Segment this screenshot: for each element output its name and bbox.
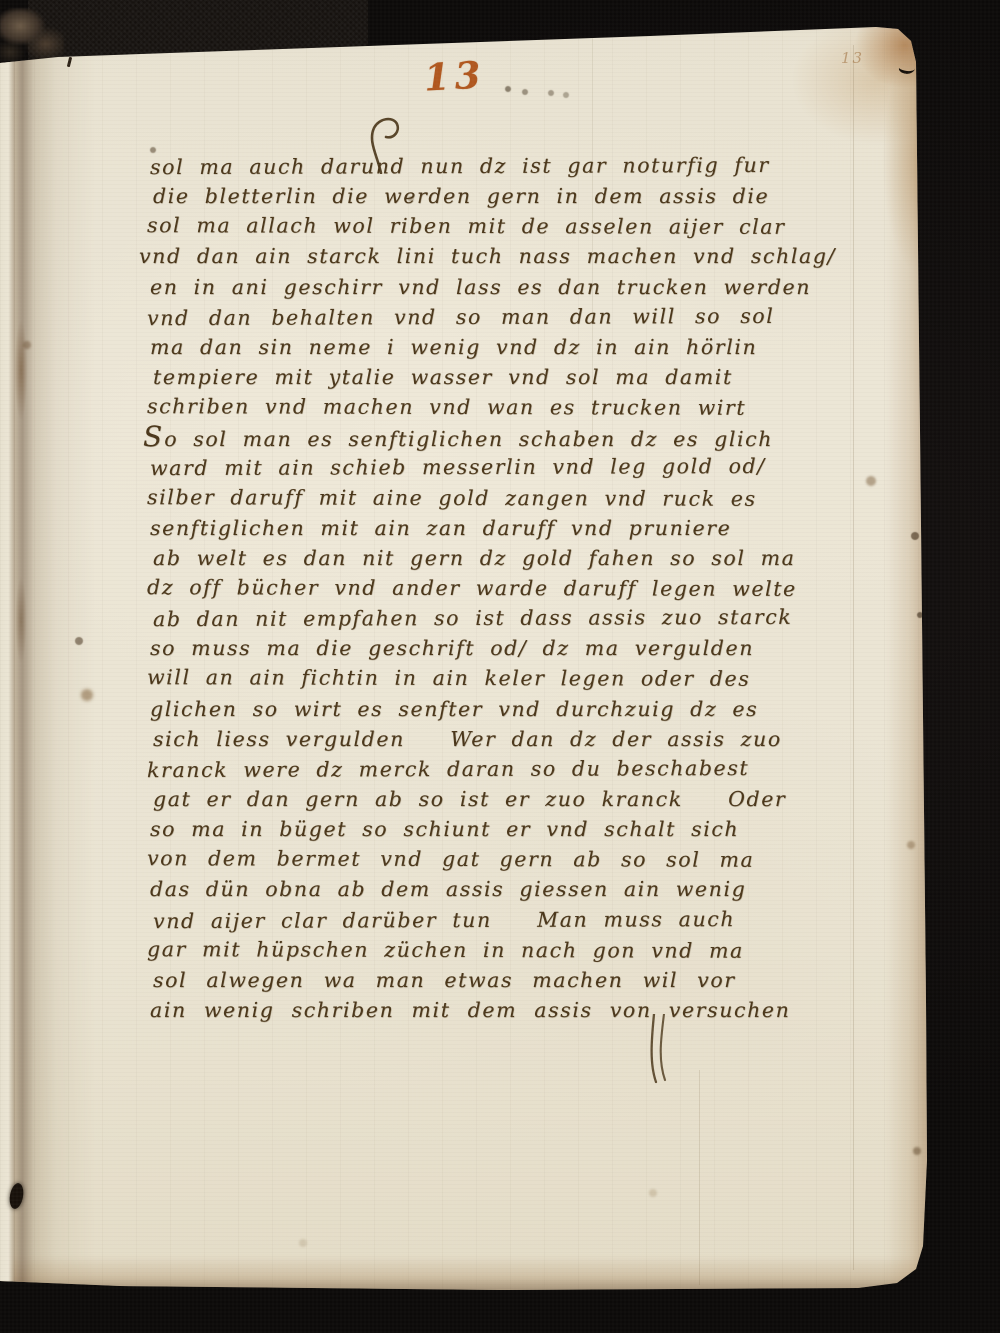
manuscript-line: das dün obna ab dem assis giessen ain we… [150,874,790,904]
manuscript-line: will an ain fichtin in ain keler legen o… [147,663,790,695]
manuscript-line: gar mit hüpschen züchen in nach gon vnd … [147,934,790,966]
right-edge-toning [886,20,930,1290]
manuscript-line: glichen so wirt es senfter vnd durchzuig… [150,694,790,724]
binding-leather-fragment [0,8,64,62]
manuscript-line: ab welt es dan nit gern dz gold fahen so… [153,543,790,573]
paper-crease [699,1070,700,1285]
manuscript-line: en in ani geschirr vnd lass es dan truck… [150,272,790,302]
manuscript-line: vnd aijer clar darüber tun Man muss auch [153,903,790,935]
manuscript-line: von dem bermet vnd gat gern ab so sol ma [147,843,790,875]
manuscript-line: vnd dan ain starck lini tuch nass machen… [139,241,790,271]
manuscript-line: so muss ma die geschrift od/ dz ma vergu… [150,633,790,663]
manuscript-line: dz off bücher vnd ander warde daruff leg… [147,572,790,604]
manuscript-line: gat er dan gern ab so ist er zuo kranck … [153,784,790,814]
manuscript-line: ward mit ain schieb messerlin vnd leg go… [150,451,790,483]
manuscript-page: 13 13 sol ma auch darund nun dz ist gar … [0,0,1000,1333]
manuscript-line: vnd dan behalten vnd so man dan will so … [147,301,790,333]
manuscript-line: sol alwegen wa man etwas machen wil vor [153,965,790,995]
corner-folio-number: 13 [841,51,864,66]
paper-chain-line [853,45,854,1270]
manuscript-line: So sol man es senftiglichen schaben dz e… [143,422,790,452]
manuscript-line: schriben vnd machen vnd wan es trucken w… [147,391,790,423]
manuscript-line: ab dan nit empfahen so ist dass assis zu… [153,602,790,634]
manuscript-line: sol ma auch darund nun dz ist gar noturf… [150,150,790,182]
manuscript-line: sol ma allach wol riben mit de asselen a… [147,210,790,242]
manuscript-line: sich liess vergulden Wer dan dz der assi… [153,724,790,754]
manuscript-line: ain wenig schriben mit dem assis von ver… [150,995,790,1025]
descender-flourish-icon [645,1014,677,1088]
manuscript-line: kranck were dz merck daran so du beschab… [147,753,790,785]
text-block: sol ma auch darund nun dz ist gar noturf… [150,151,790,1025]
manuscript-line: senftiglichen mit ain zan daruff vnd pru… [150,513,790,543]
photo-backdrop: 13 13 sol ma auch darund nun dz ist gar … [0,0,1000,1333]
bottom-edge-toning [0,1256,1000,1294]
manuscript-line: die bletterlin die werden gern in dem as… [153,181,790,211]
folio-number: 13 [423,56,486,96]
manuscript-line: ma dan sin neme i wenig vnd dz in ain hö… [150,332,790,362]
crease-stain [12,300,30,440]
foxing-spots [0,0,6,6]
crease-stain [13,560,29,680]
manuscript-line: tempiere mit ytalie wasser vnd sol ma da… [153,362,790,392]
manuscript-line: so ma in büget so schiunt er vnd schalt … [150,814,790,844]
manuscript-line: silber daruff mit aine gold zangen vnd r… [147,482,790,514]
